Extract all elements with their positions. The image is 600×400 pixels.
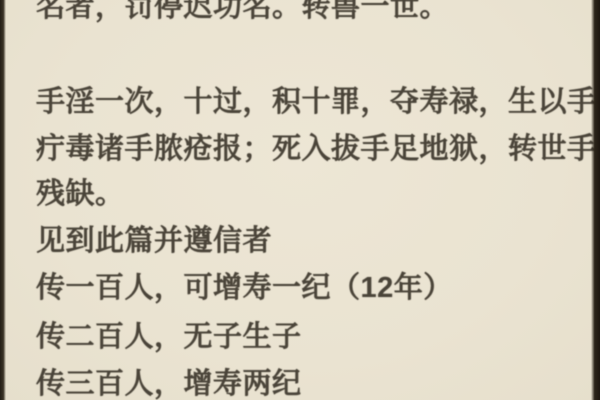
text-body: 名者，罚停迟功名。转兽一世。 手淫一次，十过，积十罪，夺寿禄，生以手疮 疔毒诸手… [0,0,600,400]
document-photo: 名者，罚停迟功名。转兽一世。 手淫一次，十过，积十罪，夺寿禄，生以手疮 疔毒诸手… [0,0,600,400]
text-line: 见到此篇并遵信者 [36,224,272,258]
text-line: 传一百人，可增寿一纪（12年） [36,271,453,305]
text-line: 传三百人，增寿两纪 [36,367,302,400]
text-line: 疔毒诸手脓疮报；死入拔手足地狱，转世手足 [36,132,600,166]
text-line: 传二百人，无子生子 [36,320,302,354]
text-line: 手淫一次，十过，积十罪，夺寿禄，生以手疮 [36,85,600,119]
text-line: 残缺。 [36,177,125,211]
left-edge-bar [0,0,6,400]
right-edge-bar [591,0,600,400]
text-line: 名者，罚停迟功名。转兽一世。 [36,0,449,24]
